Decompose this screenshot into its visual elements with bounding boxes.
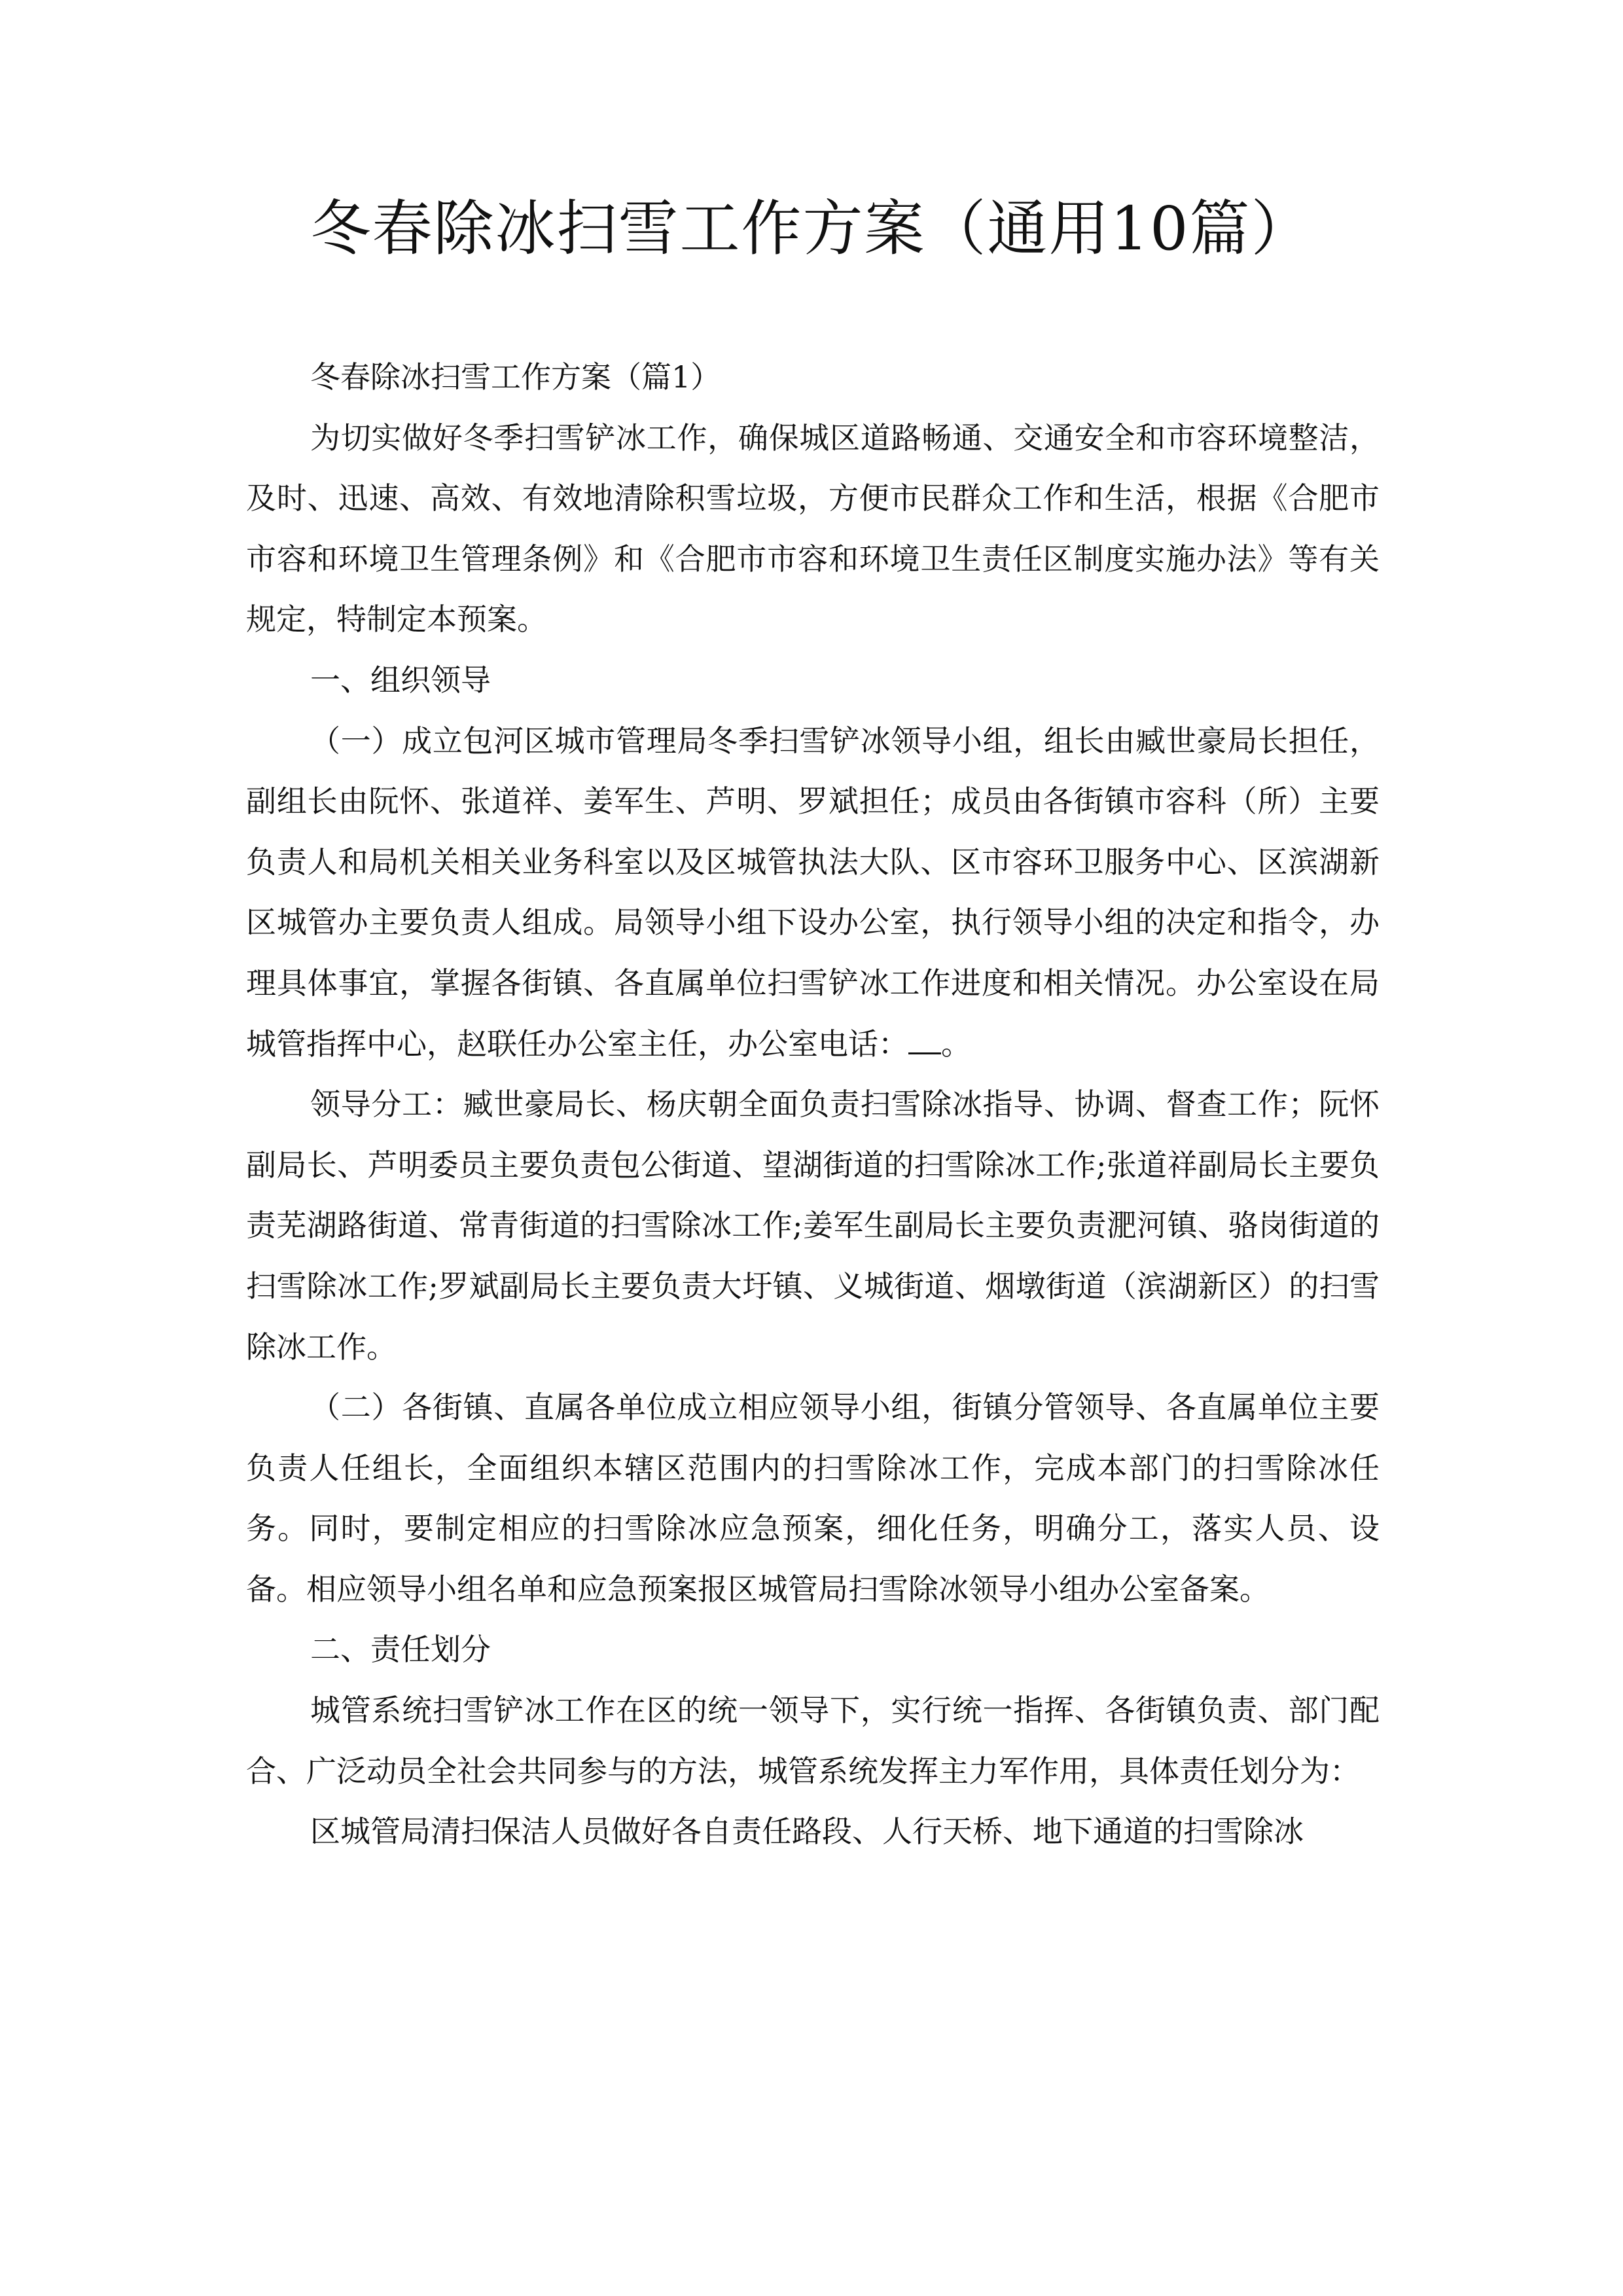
phone-suffix: 。 bbox=[941, 1026, 971, 1062]
section-heading-part1: 冬春除冰扫雪工作方案（篇1） bbox=[246, 347, 1380, 408]
document-page: 冬春除冰扫雪工作方案（通用10篇） 冬春除冰扫雪工作方案（篇1） 为切实做好冬季… bbox=[0, 0, 1623, 2296]
section-heading-responsibility: 二、责任划分 bbox=[246, 1619, 1380, 1680]
paragraph-responsibility-intro: 城管系统扫雪铲冰工作在区的统一领导下，实行统一指挥、各街镇负责、部门配合、广泛动… bbox=[246, 1680, 1380, 1801]
intro-paragraph: 为切实做好冬季扫雪铲冰工作，确保城区道路畅通、交通安全和市容环境整洁，及时、迅速… bbox=[246, 408, 1380, 650]
phone-blank bbox=[908, 1028, 941, 1054]
paragraph-sub-groups: （二）各街镇、直属各单位成立相应领导小组，街镇分管领导、各直属单位主要负责人任组… bbox=[246, 1377, 1380, 1619]
document-body: 冬春除冰扫雪工作方案（篇1） 为切实做好冬季扫雪铲冰工作，确保城区道路畅通、交通… bbox=[246, 347, 1380, 1862]
section-heading-organization: 一、组织领导 bbox=[246, 650, 1380, 711]
paragraph-leading-group-text: （一）成立包河区城市管理局冬季扫雪铲冰领导小组，组长由臧世豪局长担任，副组长由阮… bbox=[246, 723, 1380, 1062]
paragraph-leading-group: （一）成立包河区城市管理局冬季扫雪铲冰领导小组，组长由臧世豪局长担任，副组长由阮… bbox=[246, 711, 1380, 1075]
paragraph-cleaning-staff: 区城管局清扫保洁人员做好各自责任路段、人行天桥、地下通道的扫雪除冰 bbox=[246, 1801, 1380, 1862]
document-title: 冬春除冰扫雪工作方案（通用10篇） bbox=[0, 190, 1623, 268]
paragraph-division-of-labor: 领导分工：臧世豪局长、杨庆朝全面负责扫雪除冰指导、协调、督查工作；阮怀副局长、芦… bbox=[246, 1074, 1380, 1377]
